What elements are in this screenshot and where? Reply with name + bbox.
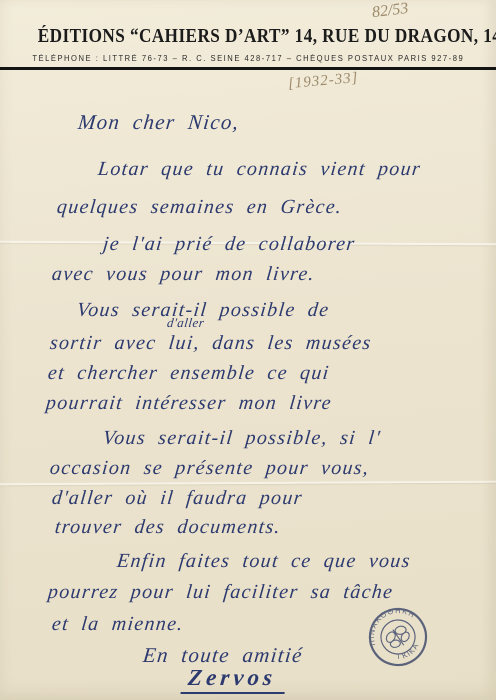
greeting-line: Mon cher Nico, <box>77 110 241 135</box>
letterhead: ÉDITIONS “CAHIERS D’ART” 14, RUE DU DRAG… <box>0 26 496 66</box>
letterhead-subtitle: TÉLÉPHONE : LITTRÉ 76-73 – R. C. SEINE 4… <box>32 54 464 63</box>
letter-line: sortir avec lui, dans les musées <box>49 332 373 355</box>
pencil-catalog-number: 82/53 <box>371 0 409 22</box>
letterhead-rule <box>0 67 496 70</box>
letter-line: avec vous pour mon livre. <box>51 263 316 286</box>
letter-line: je l'ai prié de collaborer <box>102 233 357 256</box>
letter-line: et la mienne. <box>51 613 185 636</box>
letterhead-title: ÉDITIONS “CAHIERS D’ART” 14, RUE DU DRAG… <box>38 26 496 48</box>
letter-line: Lotar que tu connais vient pour <box>97 158 422 181</box>
letter-line: d'aller où il faudra pour <box>51 487 304 510</box>
letter-line: quelques semaines en Grèce. <box>56 196 344 219</box>
letter-line: pourrez pour lui faciliter sa tâche <box>47 581 395 604</box>
insertion-word: d'aller <box>166 315 205 331</box>
letter-line: trouver des documents. <box>54 516 282 539</box>
fold-crease <box>0 481 496 486</box>
gallery-stamp: ΠΙΝΑΚΟΘΗΚΗ ΓΚΙΚΑ <box>352 591 444 683</box>
letter-page: 82/53 [1932-33] ÉDITIONS “CAHIERS D’ART”… <box>0 0 496 700</box>
letter-line: Vous serait-il possible, si l' <box>102 427 382 450</box>
letterhead-title-text: ÉDITIONS “CAHIERS D’ART” 14, RUE DU DRAG… <box>38 26 496 47</box>
pencil-date-annotation: [1932-33] <box>287 70 359 93</box>
letter-line: occasion se présente pour vous, <box>49 457 371 480</box>
stamp-text-bottom: ΓΚΙΚΑ <box>393 639 423 665</box>
letter-line: pourrait intéresser mon livre <box>45 392 333 415</box>
letter-line: et chercher ensemble ce qui <box>47 362 331 385</box>
letter-line: Enfin faites tout ce que vous <box>116 550 412 573</box>
signature: Zervos <box>180 665 287 694</box>
